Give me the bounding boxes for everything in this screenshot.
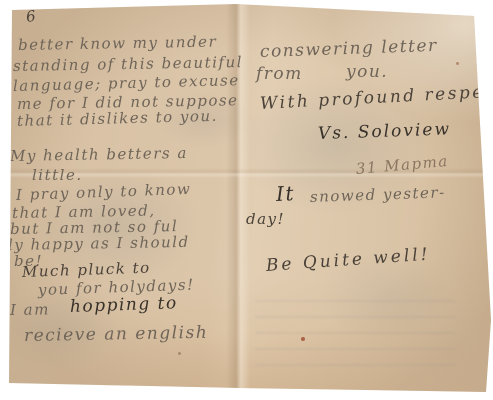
handwriting-line: that it dislikes to you. xyxy=(17,107,218,130)
handwriting-line: It xyxy=(275,181,295,206)
handwriting-line: conswering letter xyxy=(260,36,438,62)
scanned-letter-image: 6 better know my under standing of this … xyxy=(0,0,493,400)
handwriting-line: from xyxy=(256,64,303,84)
paper-speck xyxy=(456,62,459,65)
letter-paper: 6 better know my under standing of this … xyxy=(0,0,493,400)
handwriting-line: you. xyxy=(346,62,388,82)
signature: Vs. Soloview xyxy=(318,119,452,144)
handwriting-line: day! xyxy=(246,210,285,228)
handwriting-line: I am xyxy=(10,300,50,319)
handwriting-line: Be Quite well! xyxy=(265,245,431,276)
handwriting-line: snowed yester- xyxy=(310,183,446,206)
page-number: 6 xyxy=(25,7,38,26)
handwriting-line: ly happy as I should xyxy=(8,233,190,254)
handwriting-line: With profound respect xyxy=(259,81,493,114)
handwriting-line: better know my under xyxy=(18,33,217,54)
handwriting-line: hopping to xyxy=(70,293,178,317)
handwriting-line: My health betters a xyxy=(10,144,188,165)
paper-speck xyxy=(178,352,181,355)
handwriting-line: little. xyxy=(32,166,83,184)
paper-speck xyxy=(301,337,305,341)
ink-showthrough xyxy=(255,300,455,370)
handwriting-line: recieve an english xyxy=(24,323,209,346)
